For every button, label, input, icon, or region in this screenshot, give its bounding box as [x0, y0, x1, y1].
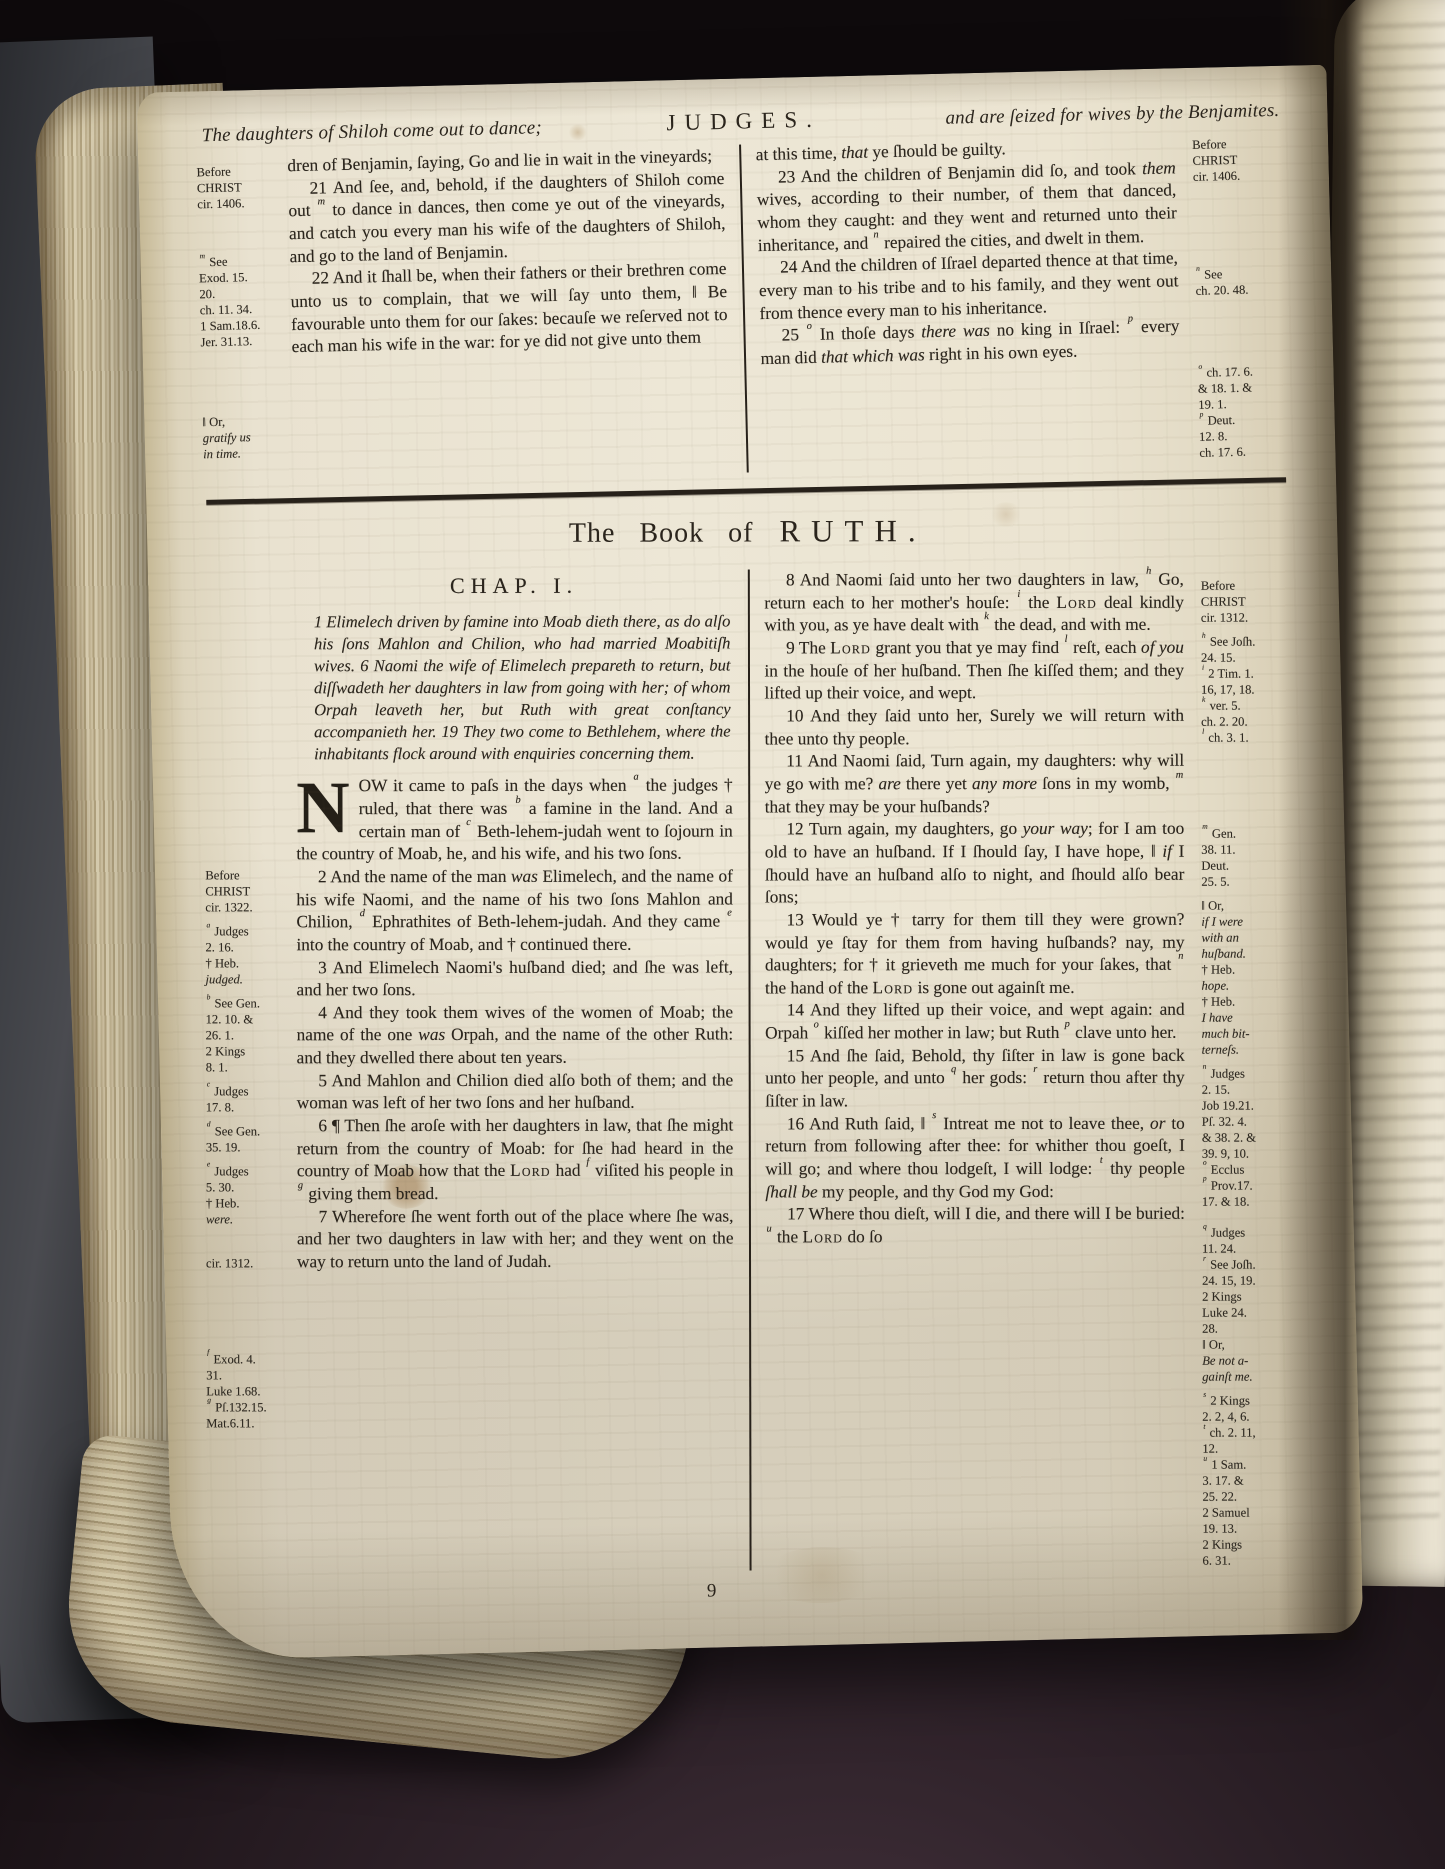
ruth-section-wrapper: The Book of RUTH. BeforeCHRISTcir. 1322.…: [205, 512, 1293, 1604]
margin-note: a Judges2. 16.† Heb.judged.: [205, 925, 279, 989]
verse-paragraph: 14 And they lifted up their voice, and w…: [765, 1000, 1185, 1046]
ruth-left-margin-notes: BeforeCHRISTcir. 1322.a Judges2. 16.† He…: [205, 571, 283, 1572]
margin-note: cir. 1312.: [206, 1256, 280, 1272]
margin-note: e Judges5. 30.† Heb.were.: [206, 1164, 280, 1228]
verse-paragraph: 15 And ſhe ſaid, Behold, thy ſiſter in l…: [765, 1045, 1185, 1114]
verse-paragraph: 21 And ſee, and, behold, if the daughter…: [288, 168, 727, 269]
book-title-prefix: The Book of: [569, 518, 754, 549]
verse-paragraph: 10 And they ſaid unto her, Surely we wil…: [765, 705, 1185, 751]
judges-left-column: dren of Benjamin, ſaying, Go and lie in …: [287, 145, 731, 483]
verse-paragraph: 6 ¶ Then ſhe aroſe with her daughters in…: [297, 1115, 734, 1206]
verse-paragraph: 25 o In thoſe days there was no king in …: [760, 316, 1180, 371]
margin-note: d See Gen.35. 19.: [206, 1124, 280, 1156]
bible-page: The daughters of Shiloh come out to danc…: [137, 65, 1364, 1661]
verse-paragraph: 4 And they took them wives of the women …: [297, 1002, 734, 1071]
margin-note: c Judges17. 8.: [206, 1084, 280, 1116]
ruth-section: BeforeCHRISTcir. 1322.a Judges2. 16.† He…: [205, 569, 1293, 1572]
margin-note: n Judges2. 15.Job 19.21.Pſ. 32. 4.& 38. …: [1202, 1066, 1292, 1210]
verse-paragraph: 13 Would ye † tarry for them till they w…: [765, 909, 1185, 1000]
verse-paragraph: 9 The Lord grant you that ye may find l …: [764, 637, 1184, 706]
margin-note: s 2 Kings2. 2, 4, 6.t ch. 2. 11,12.u 1 S…: [1202, 1394, 1292, 1570]
chapter-heading: CHAP. I.: [296, 572, 733, 602]
judges-section: BeforeCHRISTcir. 1406.m SeeExod. 15.20.c…: [196, 132, 1289, 485]
margin-note: n Seech. 20. 48.: [1195, 266, 1286, 300]
verse-paragraph: 22 And it ſhall be, when their fathers o…: [290, 258, 729, 359]
margin-note: BeforeCHRISTcir. 1322.: [205, 869, 279, 917]
verse-paragraph: 16 And Ruth ſaid, ‖ s Intreat me not to …: [765, 1113, 1185, 1204]
margin-note: ‖ Or,if I werewith anhuſband.† Heb.hope.…: [1201, 899, 1291, 1059]
margin-note: q Judges11. 24.r See Joſh.24. 15, 19.2 K…: [1202, 1226, 1292, 1386]
verse-paragraph: 7 Wherefore ſhe went forth out of the pl…: [297, 1206, 734, 1275]
running-head-left: The daughters of Shiloh come out to danc…: [201, 117, 542, 147]
verse-paragraph: 17 Where thou dieſt, will I die, and the…: [765, 1203, 1185, 1249]
verse-paragraph: 12 Turn again, my daughters, go your way…: [765, 818, 1185, 909]
margin-note: m SeeExod. 15.20.ch. 11. 34.1 Sam.18.6.J…: [199, 254, 275, 352]
margin-note: BeforeCHRISTcir. 1406.: [196, 164, 271, 214]
verse-paragraph: 24 And the children of Iſrael departed t…: [758, 248, 1179, 326]
book-title-name: RUTH.: [779, 513, 926, 548]
verse-paragraph: 11 And Naomi ſaid, Turn again, my daught…: [765, 750, 1185, 819]
verse-paragraph: 2 And the name of the man was Elimelech,…: [296, 866, 733, 957]
verse-paragraph: 5 And Mahlon and Chilion died alſo both …: [297, 1070, 734, 1116]
ruth-left-column: CHAP. I. 1 Elimelech driven by famine in…: [296, 570, 734, 1572]
margin-note: f Exod. 4.31.Luke 1.68.g Pſ.132.15.Mat.6…: [206, 1352, 280, 1432]
ruth-right-margin-notes: BeforeCHRISTcir. 1312.h See Joſh.24. 15.…: [1199, 569, 1293, 1570]
page-number: 9: [169, 1580, 1255, 1604]
verse-paragraph: 23 And the children of Benjamin did ſo, …: [756, 157, 1178, 257]
verse-paragraph: 8 And Naomi ſaid unto her two daughters …: [764, 569, 1184, 638]
margin-note: ‖ Or,gratify usin time.: [202, 413, 277, 463]
ruth-right-column: 8 And Naomi ſaid unto her two daughters …: [747, 569, 1185, 1571]
margin-note: h See Joſh.24. 15.i 2 Tim. 1.16, 17, 18.…: [1201, 635, 1291, 747]
judges-right-margin-notes: BeforeCHRISTcir. 1406.n Seech. 20. 48.o …: [1190, 132, 1290, 462]
margin-note: b See Gen.12. 10. &26. 1.2 Kings8. 1.: [206, 997, 280, 1077]
verse-paragraph: NOW it came to paſs in the days when a t…: [296, 775, 733, 866]
running-head-book: JUDGES.: [656, 106, 831, 136]
judges-left-margin-notes: BeforeCHRISTcir. 1406.m SeeExod. 15.20.c…: [196, 156, 280, 486]
margin-note: o ch. 17. 6.& 18. 1. &19. 1.p Deut.12. 8…: [1197, 364, 1289, 462]
drop-cap: N: [296, 776, 359, 837]
judges-right-column: at this time, that ye ſhould be guilty.2…: [739, 134, 1183, 472]
chapter-summary: 1 Elimelech driven by famine into Moab d…: [300, 611, 731, 766]
running-head-right: and are ſeized for wives by the Benjamit…: [945, 100, 1279, 130]
photo-background: The daughters of Shiloh come out to danc…: [0, 0, 1445, 1869]
margin-note: BeforeCHRISTcir. 1312.: [1201, 579, 1291, 627]
margin-note: BeforeCHRISTcir. 1406.: [1192, 136, 1283, 186]
verse-paragraph: 3 And Elimelech Naomi's huſband died; an…: [296, 956, 733, 1002]
margin-note: m Gen.38. 11.Deut.25. 5.: [1201, 827, 1291, 891]
book-title: The Book of RUTH.: [205, 512, 1291, 551]
